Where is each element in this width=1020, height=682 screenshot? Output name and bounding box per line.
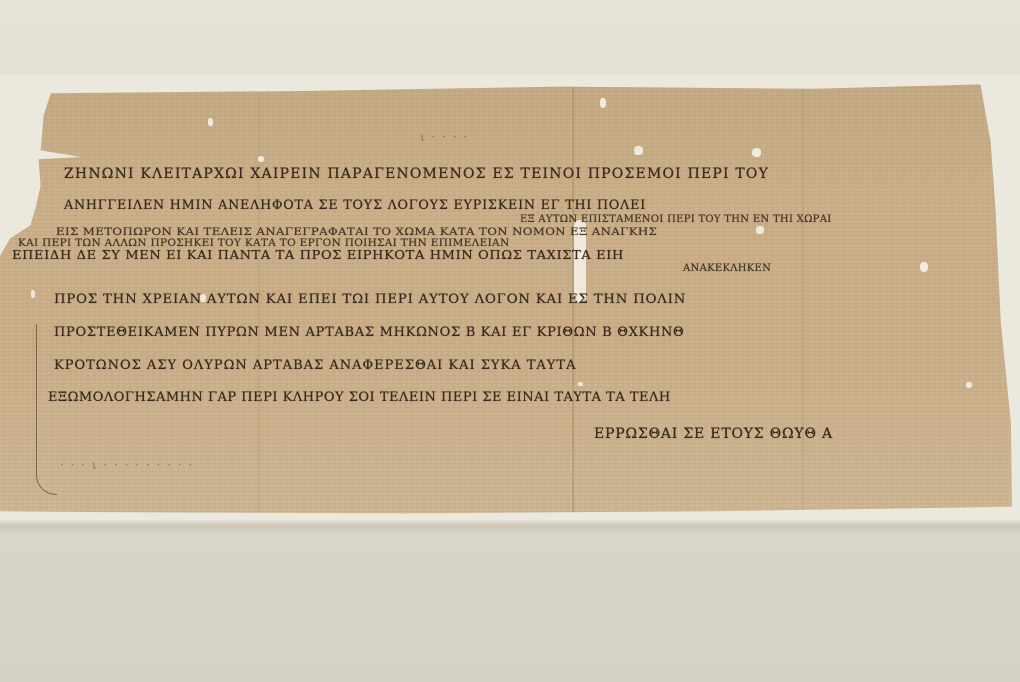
papyrus-hole xyxy=(578,382,583,386)
faint-trace-line: ι · · · · xyxy=(420,130,469,144)
text-line-3: ΕΙΣ ΜΕΤΟΠΩΡΟΝ ΚΑΙ ΤΕΛΕΙΣ ΑΝΑΓΕΓΡΑΦΑΤΑΙ Τ… xyxy=(56,227,657,238)
papyrus-sheet: ι · · · · ΖΗΝΩΝΙ ΚΛΕΙΤΑΡΧΩΙ ΧΑΙΡΕΙΝ ΠΑΡΑ… xyxy=(0,80,1016,520)
text-line-8: ΚΡΟΤΩΝΟΣ ΑΣΥ ΟΛΥΡΩΝ ΑΡΤΑΒΑΣ ΑΝΑΦΕΡΕΣΘΑΙ … xyxy=(54,358,576,373)
papyrus-hole xyxy=(208,118,213,126)
papyrus-fiber-seam xyxy=(802,80,804,520)
faint-trace-line: · · · ι · · · · · · · · · xyxy=(60,458,194,472)
papyrus-hole xyxy=(634,146,643,155)
text-line-1: ΖΗΝΩΝΙ ΚΛΕΙΤΑΡΧΩΙ ΧΑΙΡΕΙΝ ΠΑΡΑΓΕΝΟΜΕΝΟΣ … xyxy=(64,166,769,182)
papyrus-hole xyxy=(920,262,928,272)
papyrus-hole xyxy=(966,382,972,388)
papyrus-hole xyxy=(600,98,606,108)
text-line-7: ΠΡΟΣΤΕΘΕΙΚΑΜΕΝ ΠΥΡΩΝ ΜΕΝ ΑΡΤΑΒΑΣ ΜΗΚΩΝΟΣ… xyxy=(54,325,684,340)
papyrus-hole xyxy=(31,290,35,298)
text-line-6: ΠΡΟΣ ΤΗΝ ΧΡΕΙΑΝ ΑΥΤΩΝ ΚΑΙ ΕΠΕΙ ΤΩΙ ΠΕΡΙ … xyxy=(54,292,686,307)
text-line-interlinear: ΕΞ ΑΥΤΩΝ ΕΠΙΣΤΑΜΕΝΟΙ ΠΕΡΙ ΤΟΥ ΤΗΝ ΕΝ ΤΗΙ… xyxy=(520,214,831,225)
text-line-9: ΕΞΩΜΟΛΟΓΗΣΑΜΗΝ ΓΑΡ ΠΕΡΙ ΚΛΗΡΟΥ ΣΟΙ ΤΕΛΕΙ… xyxy=(48,390,671,405)
papyrus-hole xyxy=(258,156,264,162)
papyrus-hole xyxy=(756,226,764,234)
papyrus-hole xyxy=(752,148,761,157)
left-margin-ink-stroke xyxy=(36,324,57,495)
text-line-2: ΑΝΗΓΓΕΙΛΕΝ ΗΜΙΝ ΑΝΕΛΗΦΟΤΑ ΣΕ ΤΟΥΣ ΛΟΓΟΥΣ… xyxy=(64,198,646,213)
closing-formula: ΕΡΡΩΣΘΑΙ ΣΕ ΕΤΟΥΣ ΘΩΥΘ Α xyxy=(594,426,833,442)
text-line-superscript: ΑΝΑΚΕΚΛΗΚΕΝ xyxy=(683,263,771,274)
mount-shadow-edge xyxy=(0,520,1020,526)
text-line-5: ΕΠΕΙΔΗ ΔΕ ΣΥ ΜΕΝ ΕΙ ΚΑΙ ΠΑΝΤΑ ΤΑ ΠΡΟΣ ΕΙ… xyxy=(12,248,624,262)
